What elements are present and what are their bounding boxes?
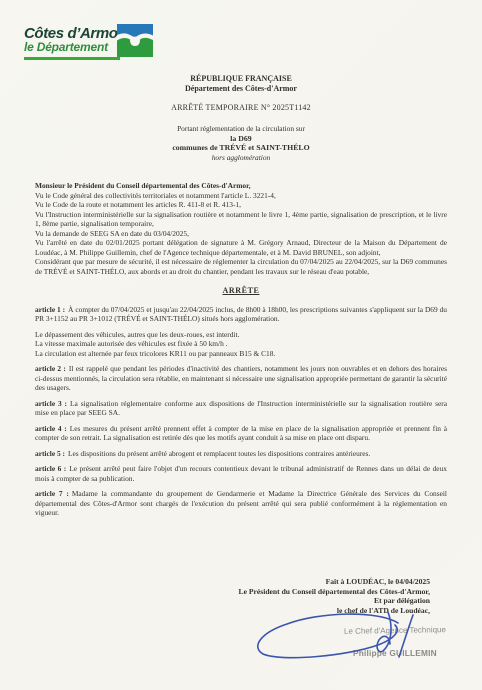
place-date-line: Fait à LOUDÉAC, le 04/04/2025: [239, 577, 430, 587]
department-line: Département des Côtes-d'Armor: [0, 84, 482, 94]
decision-heading: ARRÊTE: [35, 286, 447, 296]
article-6-text: Le présent arrêté peut faire l'objet d'u…: [35, 464, 447, 483]
subject-line-4: hors agglomération: [0, 153, 482, 163]
document-page: Côtes d’Armor le Département RÉPUBLIQUE …: [0, 0, 482, 690]
subject-block: Portant réglementation de la circulation…: [0, 124, 482, 162]
considerant-clause: Considérant que par mesure de sécurité, …: [35, 257, 447, 276]
article-7: article 7 :Madame la commandante du grou…: [35, 489, 447, 518]
vu-clause: Vu le Code de la route et notamment les …: [35, 200, 447, 210]
article-7-label: article 7 :: [35, 489, 69, 498]
article-1: article 1 :À compter du 07/04/2025 et ju…: [35, 305, 447, 324]
logo-landscape-icon: [117, 24, 153, 62]
article-1-text: À compter du 07/04/2025 et jusqu'au 22/0…: [35, 305, 447, 324]
vu-clause: Vu la demande de SEEG SA en date du 03/0…: [35, 229, 447, 239]
handwritten-signature-icon: [247, 606, 427, 679]
article-2-label: article 2 :: [35, 364, 66, 373]
article-6-label: article 6 :: [35, 464, 66, 473]
article-3: article 3 :La signalisation réglementair…: [35, 399, 447, 418]
article-3-label: article 3 :: [35, 399, 67, 408]
article-2: article 2 :Il est rappelé que pendant le…: [35, 364, 447, 393]
article-1-line: La vitesse maximale autorisée des véhicu…: [35, 339, 447, 349]
article-1-line: La circulation est alternée par feux tri…: [35, 349, 447, 359]
article-5: article 5 :Les dispositions du présent a…: [35, 449, 447, 459]
act-number: ARRÊTÉ TEMPORAIRE N° 2025T1142: [0, 103, 482, 113]
vu-clause: Vu le Code général des collectivités ter…: [35, 191, 447, 201]
article-1-line: Le dépassement des véhicules, autres que…: [35, 330, 447, 340]
republic-line: RÉPUBLIQUE FRANÇAISE: [0, 74, 482, 84]
article-4: article 4 :Les mesures du présent arrêté…: [35, 424, 447, 443]
article-4-label: article 4 :: [35, 424, 67, 433]
subject-line-2: la D69: [0, 134, 482, 144]
article-1-label: article 1 :: [35, 305, 65, 314]
cotes-darmor-logo: Côtes d’Armor le Département: [24, 26, 123, 60]
logo-title: Côtes d’Armor: [24, 26, 123, 41]
article-5-text: Les dispositions du présent arrêté abrog…: [68, 449, 370, 458]
logo-subtitle: le Département: [24, 41, 123, 54]
article-3-text: La signalisation réglementaire conforme …: [35, 399, 447, 418]
salutation: Monsieur le Président du Conseil départe…: [35, 181, 447, 191]
article-2-text: Il est rappelé que pendant les périodes …: [35, 364, 447, 392]
document-body: Monsieur le Président du Conseil départe…: [35, 181, 447, 524]
article-5-label: article 5 :: [35, 449, 65, 458]
vu-clause: Vu l'Instruction interministérielle sur …: [35, 210, 447, 229]
article-7-text: Madame la commandante du groupement de G…: [35, 489, 447, 517]
vu-clause: Vu l'arrêté en date du 02/01/2025 portan…: [35, 238, 447, 257]
logo-underline-bar: [24, 57, 120, 60]
article-4-text: Les mesures du présent arrêté prennent e…: [35, 424, 447, 443]
document-header: RÉPUBLIQUE FRANÇAISE Département des Côt…: [0, 74, 482, 162]
delegation-line: Et par délégation: [239, 596, 430, 606]
signatory-title-line: Le Président du Conseil départemental de…: [239, 587, 430, 597]
subject-line-1: Portant réglementation de la circulation…: [0, 124, 482, 134]
article-6: article 6 :Le présent arrêté peut faire …: [35, 464, 447, 483]
subject-line-3: communes de TRÉVÉ et SAINT-THÉLO: [0, 143, 482, 153]
